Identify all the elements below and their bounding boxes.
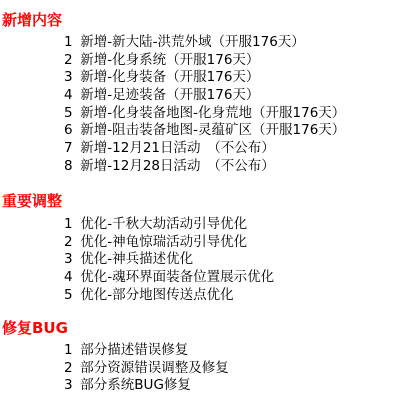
list-item: 4 新增-足迹装备（开服176天）: [64, 87, 345, 105]
item-number: 6: [64, 122, 76, 140]
item-number: 8: [64, 158, 76, 176]
item-number: 3: [64, 377, 76, 395]
item-list: 1 部分描述错误修复 2 部分资源错误调整及修复 3 部分系统BUG修复: [64, 342, 229, 395]
item-number: 2: [64, 52, 76, 70]
list-item: 4 优化-魂环界面装备位置展示优化: [64, 269, 274, 287]
list-item: 3 优化-神兵描述优化: [64, 251, 274, 269]
item-text: 优化-千秋大劫活动引导优化: [80, 216, 247, 232]
item-text: 部分系统BUG修复: [80, 377, 191, 393]
item-number: 3: [64, 251, 76, 269]
list-item: 3 部分系统BUG修复: [64, 377, 229, 395]
item-list: 1 优化-千秋大劫活动引导优化 2 优化-神龟惊瑞活动引导优化 3 优化-神兵描…: [64, 216, 274, 304]
item-text: 优化-魂环界面装备位置展示优化: [80, 269, 274, 285]
list-item: 2 优化-神龟惊瑞活动引导优化: [64, 234, 274, 252]
list-item: 1 部分描述错误修复: [64, 342, 229, 360]
item-number: 4: [64, 269, 76, 287]
item-text: 新增-12月28日活动 （不公布）: [80, 158, 274, 174]
list-item: 7 新增-12月21日活动 （不公布）: [64, 140, 345, 158]
item-text: 新增-足迹装备（开服176天）: [80, 87, 259, 103]
item-text: 部分资源错误调整及修复: [80, 360, 229, 376]
list-item: 1 新增-新大陆-洪荒外域（开服176天）: [64, 34, 345, 52]
item-text: 新增-化身装备地图-化身荒地（开服176天）: [80, 105, 345, 121]
list-item: 1 优化-千秋大劫活动引导优化: [64, 216, 274, 234]
item-number: 7: [64, 140, 76, 158]
list-item: 8 新增-12月28日活动 （不公布）: [64, 158, 345, 176]
item-number: 1: [64, 342, 76, 360]
item-text: 新增-化身装备（开服176天）: [80, 69, 259, 85]
section-heading: 新增内容: [2, 11, 62, 29]
item-number: 5: [64, 287, 76, 305]
item-text: 新增-化身系统（开服176天）: [80, 52, 259, 68]
section-heading: 修复BUG: [2, 319, 68, 337]
item-number: 5: [64, 105, 76, 123]
section-heading: 重要调整: [2, 192, 62, 210]
item-text: 优化-部分地图传送点优化: [80, 287, 233, 303]
list-item: 3 新增-化身装备（开服176天）: [64, 69, 345, 87]
item-number: 1: [64, 216, 76, 234]
item-number: 3: [64, 69, 76, 87]
list-item: 5 新增-化身装备地图-化身荒地（开服176天）: [64, 105, 345, 123]
item-text: 优化-神龟惊瑞活动引导优化: [80, 234, 247, 250]
item-number: 1: [64, 34, 76, 52]
item-text: 优化-神兵描述优化: [80, 251, 193, 267]
list-item: 2 新增-化身系统（开服176天）: [64, 52, 345, 70]
item-text: 部分描述错误修复: [80, 342, 188, 358]
item-number: 2: [64, 360, 76, 378]
item-number: 4: [64, 87, 76, 105]
list-item: 6 新增-阻击装备地图-灵蕴矿区（开服176天）: [64, 122, 345, 140]
item-text: 新增-阻击装备地图-灵蕴矿区（开服176天）: [80, 122, 345, 138]
item-list: 1 新增-新大陆-洪荒外域（开服176天） 2 新增-化身系统（开服176天） …: [64, 34, 345, 176]
item-text: 新增-新大陆-洪荒外域（开服176天）: [80, 34, 305, 50]
list-item: 5 优化-部分地图传送点优化: [64, 287, 274, 305]
list-item: 2 部分资源错误调整及修复: [64, 360, 229, 378]
item-text: 新增-12月21日活动 （不公布）: [80, 140, 274, 156]
item-number: 2: [64, 234, 76, 252]
